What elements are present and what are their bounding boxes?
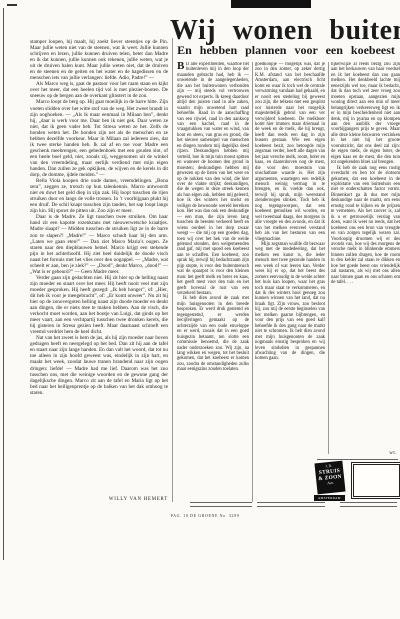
ad-banner-bar: AMSTERDAM [314,495,345,501]
story-paragraph: Nat van het zweet is hem de jas, als hij… [30,335,168,395]
article-subtitle: En hebben plannen voor een koebeest [172,44,400,57]
column-rule [252,62,253,502]
article-paragraph: goedkoopje — mogelijk was, dat je zoo in… [255,62,325,242]
article-headline: Wij wonen buiten(6) [170,6,400,47]
article-column-2: goedkoopje — mogelijk was, dat je zoo in… [255,62,325,508]
article-text: IJ alle experimenten, waartoe het buiten… [177,62,249,296]
story-paragraph: Marco loopt de berg op. Hij gaat moeilij… [30,99,168,178]
scan-edge-line [3,8,4,560]
story-paragraph: Verder gaan zijn gedachten niet. Hij zit… [30,275,168,335]
article-paragraph: Ik heb de zaak nog eens rustig overdacht… [331,166,400,286]
page-footer: PAG. 10 DE GROENE No. 3299 [150,513,260,518]
crop-mark [7,4,17,6]
story-paragraph: stamper loopen, hij maalt, hij zoekt lie… [30,39,168,81]
article-paragraph: tijkerwijze al reeds bezig zou zijn aan … [331,62,400,166]
story-author: WILLY VAN HEMERT [30,497,168,502]
bottom-rule [190,502,252,507]
story-paragraph: Bella Viola koopen drie oude dames, vree… [30,178,168,214]
article-paragraph: Mijn zegsman wuifde dit bezwaar weg met … [255,242,325,362]
ad-bordered-box [351,462,400,499]
article-paragraph: BIJ alle experimenten, waartoe het buite… [177,62,249,296]
article-column-1: BIJ alle experimenten, waartoe het buite… [177,62,249,508]
ad-logo: J. D. STRUIS & ZOON Azn. [314,461,345,495]
bottom-rule [340,502,397,507]
newspaper-page: Wij wonen buiten(6) En hebben plannen vo… [0,0,400,619]
story-column: stamper loopen, hij maalt, hij zoekt lie… [30,39,168,497]
bottom-rule [257,502,325,507]
article-signature: wt. [331,451,397,456]
story-paragraph: Daar is de Madre. Ze ligt tusschen twee … [30,214,168,274]
article-title: Wij wonen buiten [170,15,400,46]
column-rule [328,62,329,454]
ad-divider-rule [317,459,398,460]
article-paragraph: Ik heb dien avond de zaak met mijn huisg… [177,296,249,372]
story-paragraph: Als Marco weg is, gaat de pastoor voor h… [30,81,168,99]
column-rule [172,38,173,502]
drop-cap: B [177,62,186,72]
article-column-3: tijkerwijze al reeds bezig zou zijn aan … [331,62,400,454]
